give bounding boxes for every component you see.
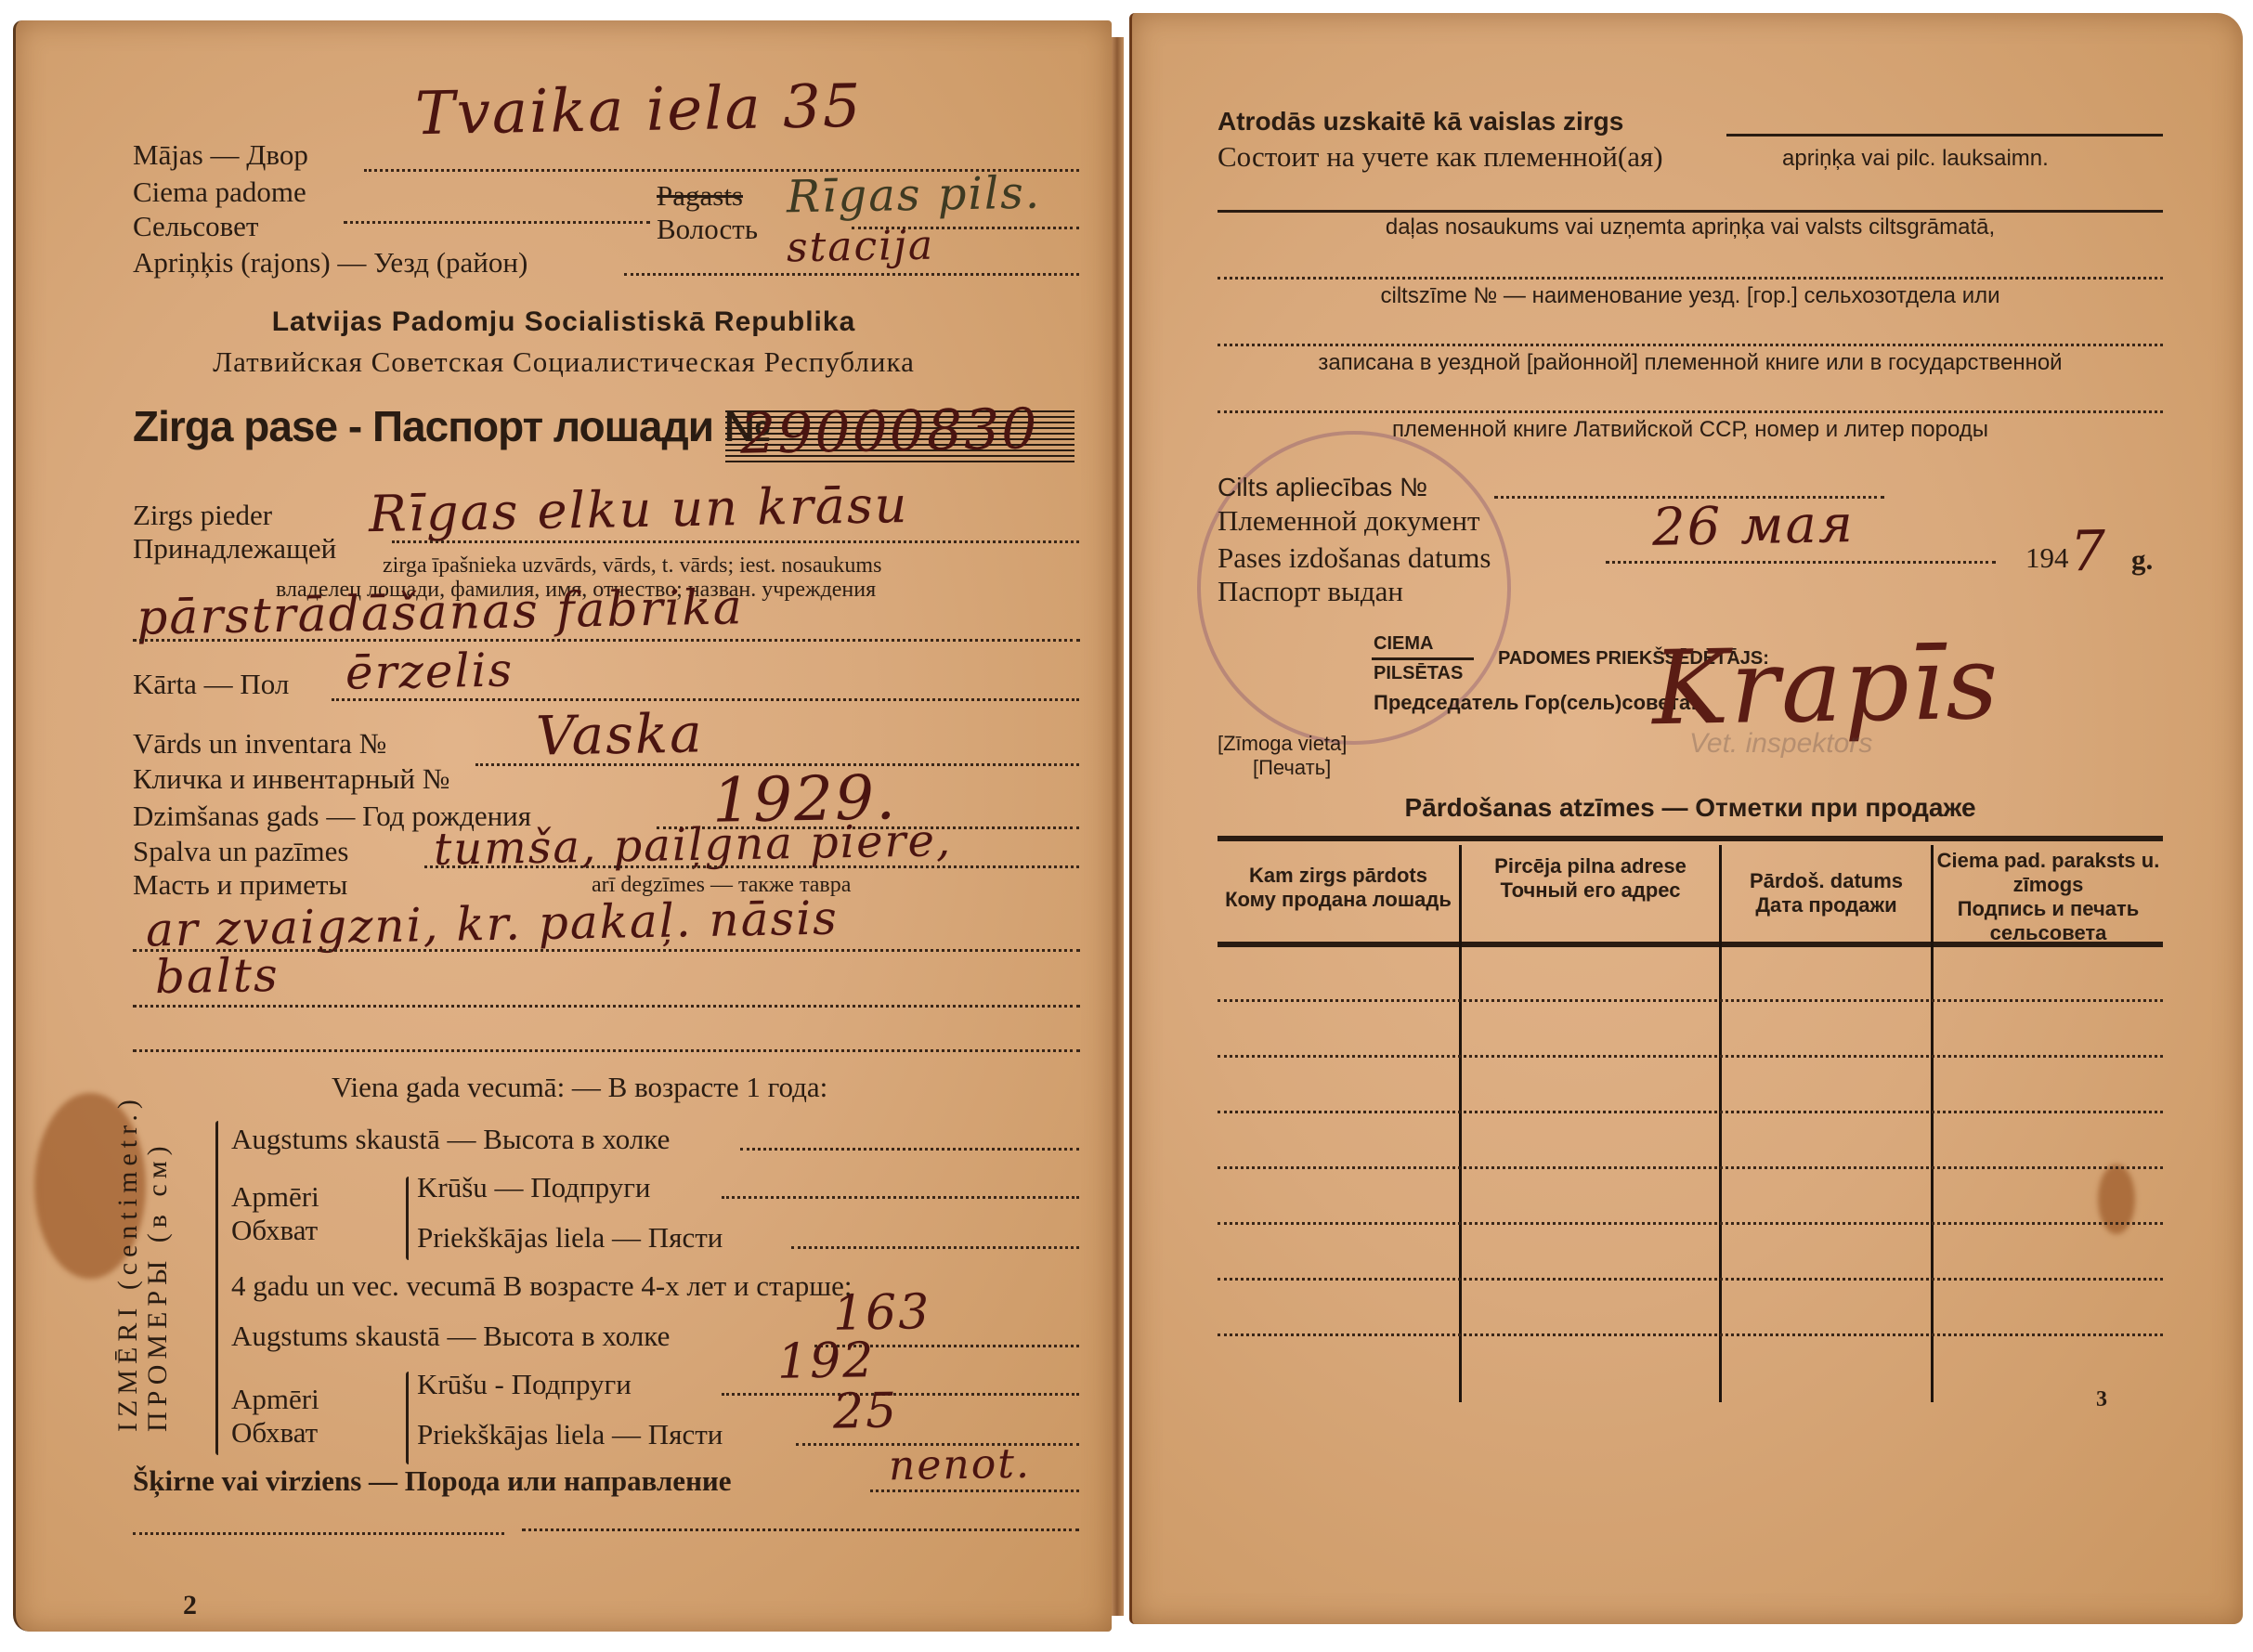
sales-col-divider bbox=[1719, 845, 1722, 1402]
table-row bbox=[1218, 1055, 2163, 1058]
ciema-line bbox=[344, 221, 650, 224]
color-line-1 bbox=[424, 865, 1079, 868]
owner-value-1: Rīgas elku un krāsu bbox=[368, 475, 908, 543]
issue-year-prefix: 194 bbox=[2025, 542, 2069, 574]
hint-line-4 bbox=[1218, 410, 2163, 413]
sex-label: Kārta — Пол bbox=[133, 669, 289, 700]
year-abbr: g. bbox=[2131, 544, 2153, 576]
stamp-text: Vet. inspektors bbox=[1689, 728, 1872, 760]
majas-label: Mājas — Двор bbox=[133, 139, 308, 171]
sales-col-header: Ciema pad. paraksts u. zīmogsПодпись и п… bbox=[1934, 849, 2163, 945]
hint-2: daļas nosaukums vai uzņemta apriņķa vai … bbox=[1218, 215, 2163, 240]
issue-date-value: 26 мая bbox=[1651, 494, 1855, 558]
breed-value: nenot. bbox=[889, 1440, 1032, 1490]
age4-chest-line bbox=[722, 1393, 1079, 1396]
age4-chest-value: 192 bbox=[776, 1333, 875, 1390]
name-label-ru: Кличка и инвентарный № bbox=[133, 763, 449, 795]
hint-line-3 bbox=[1218, 344, 2163, 346]
table-row bbox=[1218, 1222, 2163, 1225]
section-divider bbox=[133, 1049, 1080, 1052]
council-chair-ru: Председатель Гор(сель)совета: bbox=[1374, 691, 1698, 715]
age1-height-label: Augstums skaustā — Высота в холке bbox=[231, 1124, 670, 1155]
passport-number: 29000830 bbox=[739, 397, 1039, 467]
table-row bbox=[1218, 1333, 2163, 1336]
majas-value: Tvaika iela 35 bbox=[414, 72, 863, 149]
aprinkis-line bbox=[624, 273, 1079, 276]
left-page: Tvaika iela 35 Mājas — Двор Ciema padome… bbox=[13, 20, 1112, 1632]
volost-label: Волость bbox=[657, 214, 758, 245]
color-value-2: ar zvaigzni, kr. pakaļ. nāsis bbox=[146, 891, 840, 956]
owner-hint-lv: zirga īpašnieka uzvārds, vārds, t. vārds… bbox=[383, 553, 881, 578]
name-label-lv: Vārds un inventara № bbox=[133, 728, 386, 760]
right-page: Atrodās uzskaitē kā vaislas zirgs Состои… bbox=[1129, 13, 2243, 1624]
color-value-3: balts bbox=[155, 948, 280, 1004]
sex-value: ērzelis bbox=[345, 643, 514, 699]
table-row bbox=[1218, 999, 2163, 1002]
issue-year-suffix: 7 bbox=[2069, 519, 2107, 585]
hint-4: записана в уездной [районной] племенной … bbox=[1218, 351, 2163, 375]
breeding-lv: Atrodās uzskaitē kā vaislas zirgs bbox=[1218, 106, 1623, 137]
hint-line-1 bbox=[1218, 210, 2163, 213]
booklet-fold bbox=[1111, 37, 1124, 1616]
age4-girth-brace bbox=[406, 1372, 409, 1464]
age1-chest-label: Krūšu — Подпруги bbox=[417, 1172, 651, 1203]
age4-header: 4 gadu un vec. vecumā В возрасте 4-х лет… bbox=[231, 1270, 852, 1302]
sales-header: Pārdošanas atzīmes — Отметки при продаже bbox=[1218, 793, 2163, 823]
seal-place-lv: [Zīmoga vieta] bbox=[1218, 732, 1347, 756]
color-label-ru: Масть и приметы bbox=[133, 869, 347, 901]
table-row bbox=[1218, 1111, 2163, 1113]
owner-value-2: pārstrādāšanas fabrika bbox=[137, 579, 745, 645]
age1-chest-line bbox=[722, 1196, 1079, 1199]
age1-cannon-line bbox=[791, 1246, 1079, 1249]
council-ciema: CIEMA bbox=[1374, 633, 1433, 655]
age4-cannon-value: 25 bbox=[832, 1383, 898, 1439]
age4-chest-label: Krūšu - Подпруги bbox=[417, 1369, 632, 1400]
owner-label-ru: Принадлежащей bbox=[133, 533, 336, 565]
aprinkis-label: Apriņķis (rajons) — Уезд (район) bbox=[133, 247, 527, 279]
table-row bbox=[1218, 1278, 2163, 1281]
color-label-lv: Spalva un pazīmes bbox=[133, 836, 348, 867]
age1-girth-lv: Apmēri bbox=[231, 1181, 319, 1213]
issue-date-lv: Pases izdošanas datums bbox=[1218, 542, 1491, 574]
pagasts-value-1: Rīgas pils. bbox=[787, 167, 1042, 224]
age4-height-label: Augstums skaustā — Высота в холке bbox=[231, 1320, 670, 1352]
blank-line-2 bbox=[522, 1528, 1079, 1531]
measurements-brace bbox=[215, 1121, 218, 1455]
issue-date-ru: Паспорт выдан bbox=[1218, 576, 1403, 607]
hint-5: племенной книге Латвийской ССР, номер и … bbox=[1218, 418, 2163, 442]
age4-girth-ru: Обхват bbox=[231, 1417, 318, 1449]
certificate-ru: Племенной документ bbox=[1218, 505, 1480, 537]
blank-line-1 bbox=[133, 1532, 504, 1535]
sales-col-divider bbox=[1459, 845, 1462, 1402]
sales-col-header: Pircēja pilna adreseТочный его адрес bbox=[1462, 854, 1719, 903]
council-divider bbox=[1372, 657, 1474, 660]
page-number-left: 2 bbox=[183, 1590, 197, 1621]
council-pilsetas: PILSĒTAS bbox=[1374, 663, 1463, 684]
issue-date-line bbox=[1606, 561, 1996, 564]
measurements-side-label-ru: ПРОМЕРЫ (в см) bbox=[142, 1140, 174, 1432]
breeding-line bbox=[1726, 134, 2163, 137]
sex-line bbox=[332, 698, 1079, 701]
table-row bbox=[1218, 1166, 2163, 1169]
pagasts-label: Pagasts bbox=[657, 180, 743, 212]
hint-line-2 bbox=[1218, 277, 2163, 280]
age1-cannon-label: Priekškājas liela — Пясти bbox=[417, 1222, 723, 1254]
name-value: Vaska bbox=[535, 701, 704, 767]
certificate-lv: Cilts apliecības № bbox=[1218, 472, 1427, 503]
breeding-ru: Состоит на учете как племенной(ая) bbox=[1218, 141, 1663, 173]
age4-girth-lv: Apmēri bbox=[231, 1384, 319, 1415]
measurements-side-label-lv: IZMĒRI (centimetr.) bbox=[112, 1094, 144, 1432]
age1-girth-ru: Обхват bbox=[231, 1215, 318, 1246]
hint-3: ciltszīme № — наименование уезд. [гор.] … bbox=[1218, 284, 2163, 308]
age4-cannon-label: Priekškājas liela — Пясти bbox=[417, 1419, 723, 1450]
age1-height-line bbox=[740, 1148, 1079, 1151]
seal-place-ru: [Печать] bbox=[1253, 756, 1331, 780]
ciema-padome-label: Ciema padome bbox=[133, 176, 306, 208]
color-line-3 bbox=[133, 1005, 1080, 1008]
age1-girth-brace bbox=[406, 1177, 409, 1260]
sales-col-header: Pārdoš. datumsДата продажи bbox=[1722, 869, 1931, 917]
owner-line bbox=[392, 540, 1079, 543]
republic-ru: Латвийская Советская Социалистическая Ре… bbox=[16, 345, 1112, 379]
passport-title: Zirga pase - Паспорт лошади № bbox=[133, 401, 771, 451]
pagasts-value-2: stacija bbox=[787, 222, 935, 272]
selsovet-label: Сельсовет bbox=[133, 211, 258, 242]
page-number-right: 3 bbox=[2096, 1387, 2107, 1412]
age1-header: Viena gada vecumā: — В возрасте 1 года: bbox=[332, 1072, 827, 1103]
owner-label-lv: Zirgs pieder bbox=[133, 500, 272, 531]
hint-1: apriņķa vai pilс. lauksaimn. bbox=[1782, 147, 2049, 171]
breed-label: Šķirne vai virziens — Порода или направл… bbox=[133, 1465, 732, 1497]
owner-line-2 bbox=[133, 639, 1080, 642]
sales-col-header: Kam zirgs pārdotsКому продана лошадь bbox=[1218, 864, 1459, 912]
sales-table-top bbox=[1218, 836, 2163, 841]
breed-line bbox=[870, 1489, 1079, 1492]
republic-lv: Latvijas Padomju Socialistiskā Republika bbox=[16, 306, 1112, 338]
